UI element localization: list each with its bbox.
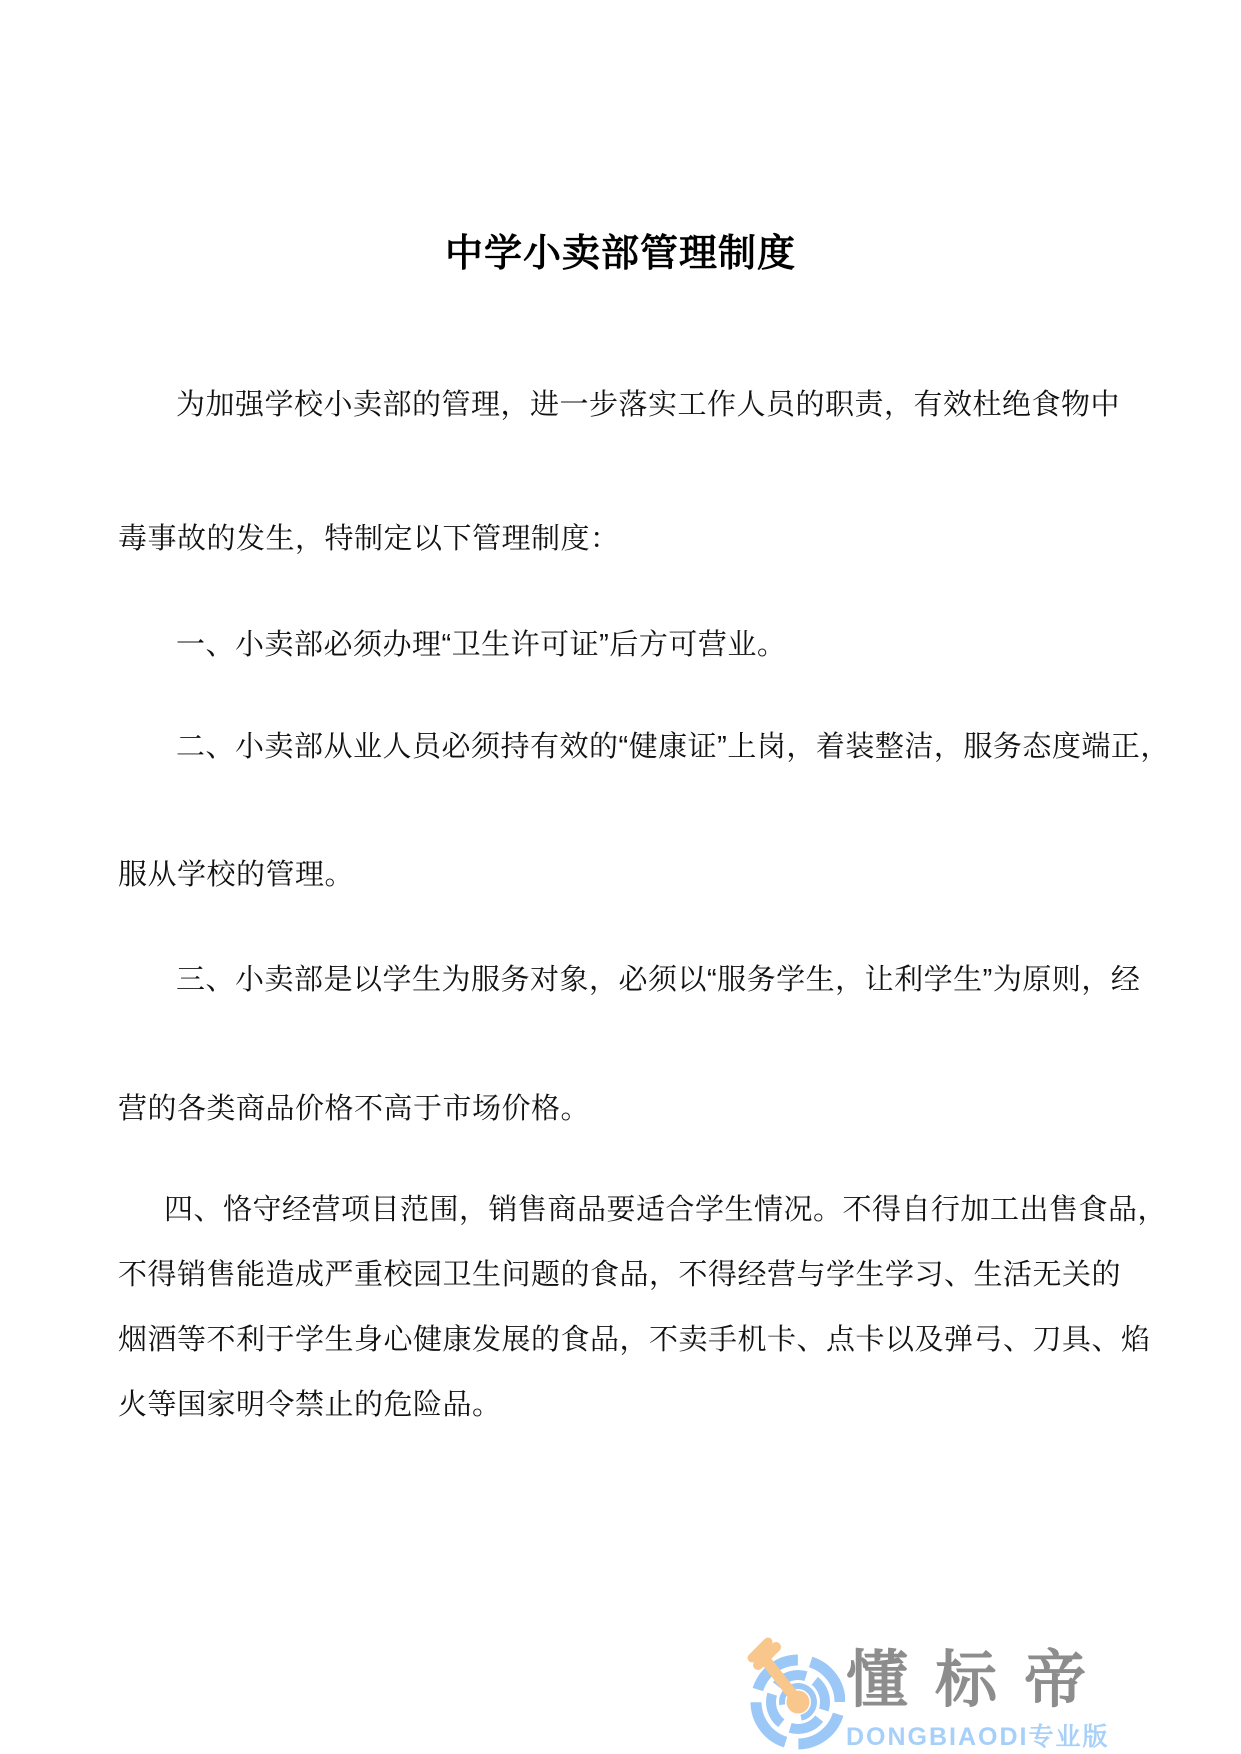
document-page: 中学小卖部管理制度 为加强学校小卖部的管理，进一步落实工作人员的职责，有效杜绝食…	[0, 0, 1241, 1754]
brand-subtitle: DONGBIAODI专业版	[846, 1724, 1110, 1750]
paragraph-line: 二、小卖部从业人员必须持有效的“健康证”上岗，着装整洁，服务态度端正，	[118, 730, 1236, 764]
brand-name-latin: DONGBIAODI	[846, 1723, 1029, 1751]
paragraph-line: 毒事故的发生，特制定以下管理制度：	[118, 522, 1178, 556]
paragraph-line: 不得销售能造成严重校园卫生问题的食品，不得经营与学生学习、生活无关的	[118, 1258, 1178, 1292]
paragraph-line: 一、小卖部必须办理“卫生许可证”后方可营业。	[118, 628, 1236, 662]
brand-edition: 专业版	[1029, 1723, 1110, 1751]
paragraph-line: 烟酒等不利于学生身心健康发展的食品，不卖手机卡、点卡以及弹弓、刀具、焰	[118, 1323, 1178, 1357]
document-title: 中学小卖部管理制度	[0, 222, 1241, 277]
paragraph-line: 为加强学校小卖部的管理，进一步落实工作人员的职责，有效杜绝食物中	[118, 388, 1236, 422]
paragraph-line: 火等国家明令禁止的危险品。	[118, 1388, 1178, 1422]
paragraph-line: 四、恪守经营项目范围，销售商品要适合学生情况。不得自行加工出售食品，	[118, 1193, 1224, 1227]
paragraph-line: 服从学校的管理。	[118, 858, 1178, 892]
brand-watermark: 懂标帝 DONGBIAODI专业版	[745, 1636, 1135, 1754]
brand-name-cn: 懂标帝	[846, 1650, 1113, 1712]
target-dart-icon	[745, 1636, 845, 1754]
paragraph-line: 营的各类商品价格不高于市场价格。	[118, 1092, 1178, 1126]
paragraph-line: 三、小卖部是以学生为服务对象，必须以“服务学生，让利学生”为原则，经	[118, 963, 1236, 997]
